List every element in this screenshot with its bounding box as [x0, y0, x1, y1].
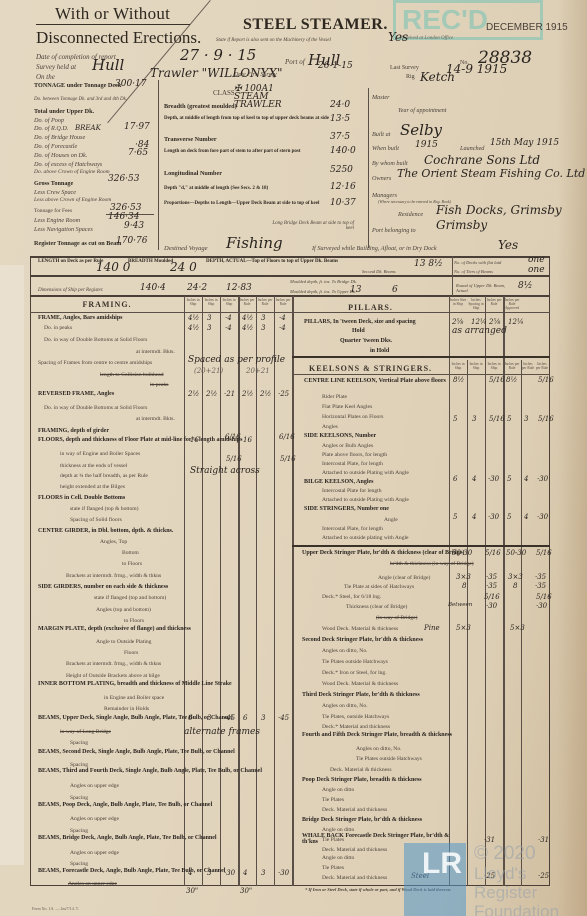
- keelson-value: 5: [507, 513, 511, 521]
- survey-held-label: Survey held at: [36, 63, 76, 71]
- stringer-row-poop: Poop Deck Stringer Plate, breadth & thic…: [302, 777, 422, 783]
- less-nav-label: Less Navigation Spaces: [34, 226, 93, 233]
- framing-straight-across: Straight across: [190, 466, 260, 476]
- stringer-row-second: Second Deck Stringer Plate, br'dth & thi…: [302, 637, 423, 643]
- framing-value: 2½: [206, 390, 217, 398]
- keelson-value: ·30: [537, 475, 548, 483]
- by-whom-value: Cochrane Sons Ltd: [424, 153, 540, 167]
- keelson-value: 5: [507, 475, 511, 483]
- stringer-row: Deck.* Iron or Steel, for lng.: [322, 670, 387, 676]
- stringer-value: Pine: [424, 624, 440, 632]
- received-stamp-teal: REC'D: [393, 0, 543, 40]
- framing-value: 2½: [260, 390, 271, 398]
- keelson-value: ·30: [488, 513, 499, 521]
- stringer-value: ·35: [486, 582, 497, 590]
- pillars-value: 12¼: [471, 318, 487, 326]
- keelsons-col-head: Inches per Rule: [521, 362, 535, 370]
- framing-row: Brackets at intermdt. frmg., width & thk…: [66, 661, 161, 667]
- framing-row-inner-bottom: INNER BOTTOM PLATING, breadth and thickn…: [38, 681, 232, 687]
- hatchways-label: Do. of excess of Hatchways: [34, 161, 102, 168]
- keelson-value: 5/16: [538, 415, 554, 423]
- band-breadth-label: BREADTH Moulded: [128, 259, 173, 264]
- breadth-label: Breadth (greatest moulded): [164, 103, 237, 110]
- register-band-divider: [452, 276, 453, 296]
- framing-row-reversed: REVERSED FRAME, Angles: [38, 391, 114, 397]
- reg-depth: 12·83: [226, 283, 252, 293]
- proportions-value: 10·37: [330, 198, 356, 208]
- built-at-label: Built at: [372, 131, 390, 138]
- stringer-row-upper-deck: Upper Deck Stringer Plate, br'dth & thic…: [302, 550, 464, 556]
- watermark-org-line2: Foundation: [474, 902, 587, 916]
- framing-row-beams-poop: BEAMS, Poop Deck, Angle, Bulb Angle, Pla…: [38, 802, 212, 808]
- stringer-row: (in way of Bridge): [376, 615, 417, 621]
- framing-title: FRAMING.: [30, 300, 184, 309]
- framing-row-floors-cell: FLOORS in Cell. Double Bottoms: [38, 495, 125, 501]
- proportions-label: Proportions—Depths to Length—Upper Deck …: [164, 201, 344, 206]
- stringer-row: Deck. Material and thickness: [322, 875, 387, 881]
- framing-col-head-6: Inches per Rule: [274, 298, 292, 306]
- stringer-row-third: Third Deck Stringer Plate, br'dth & thic…: [302, 692, 420, 698]
- master-label: Master: [372, 94, 390, 101]
- rig-label: Rig: [406, 74, 415, 80]
- gross-label: Gross Tonnage: [34, 180, 73, 187]
- keelsons-col-head: Inches per Rule: [535, 362, 549, 370]
- band-breadth-value: 24 0: [170, 260, 197, 274]
- page-edge-shadow-right: [557, 0, 587, 916]
- stringer-row: Deck. Material and thickness: [322, 807, 387, 813]
- tonnage-under-label: TONNAGE under Tonnage Deck: [34, 82, 121, 89]
- framing-value: 3: [207, 324, 211, 332]
- framing-row: depth at ¾ the half breadth, as per Rule: [60, 473, 148, 479]
- framing-value: 16: [243, 436, 252, 444]
- less-crown-label: Less above Crown of Engine Room: [34, 197, 111, 203]
- framing-row: Angles (top and bottom): [96, 607, 151, 613]
- stringer-row: Deck. Material & thickness: [330, 767, 392, 773]
- keelson-row: Angles: [322, 424, 338, 430]
- launched-label: Launched: [460, 145, 484, 152]
- keelsons-col-head: Inches in Ship: [467, 362, 485, 370]
- stringer-value: ·31: [538, 836, 549, 844]
- framing-value: 3: [261, 869, 265, 877]
- owners-value: The Orient Steam Fishing Co. Ltd: [397, 167, 585, 180]
- stringer-row: Deck.* Steel, for 6/18 lng.: [322, 594, 381, 600]
- right-col-2: [467, 360, 468, 886]
- keelson-value: ·30: [537, 513, 548, 521]
- framing-value: 4½: [242, 314, 253, 322]
- owners-label: Owners: [372, 175, 391, 182]
- keelson-value: 3: [472, 415, 476, 423]
- bridge-house-label: Do. of Bridge House: [34, 134, 85, 141]
- framing-row: Remainder in Holds: [104, 706, 149, 712]
- moulded-upper-label: Moulded depth, ft. ins. To Upper Dk.: [290, 289, 356, 294]
- residence-value: Fish Docks, Grimsby: [436, 203, 562, 217]
- pillars-bottom-rule: [292, 356, 550, 358]
- framing-value: ·25: [278, 390, 289, 398]
- pillars-col-head: Inches per Rule Approved: [503, 298, 521, 310]
- stringer-value: ·30: [486, 602, 497, 610]
- band-length-label: LENGTH on Deck as per Rule: [38, 259, 103, 264]
- framing-row: to Floors: [122, 561, 142, 567]
- framing-value: ·45: [278, 714, 289, 722]
- less-crew-label: Less Crew Space: [34, 189, 76, 196]
- last-survey-label: Last Survey: [390, 65, 419, 71]
- stringer-value: ·30: [536, 602, 547, 610]
- keelson-value: ·30: [488, 475, 499, 483]
- built-at-value: Selby: [400, 121, 442, 139]
- framing-value: 2½: [242, 390, 253, 398]
- pillars-value: 2⅝: [452, 318, 463, 326]
- keelson-row-side: SIDE KEELSONS, Number: [304, 433, 376, 439]
- framing-value: 2½: [188, 390, 199, 398]
- decks-fitted-label: No. of Decks with flat laid: [454, 260, 501, 265]
- long-bridge-label: Long Bridge Deck Beam at side to top of …: [264, 221, 354, 231]
- keelson-value: 5: [453, 513, 457, 521]
- framing-value: 4½: [188, 324, 199, 332]
- longitudinal-label: Longitudinal Number: [164, 170, 222, 177]
- header-rule: [36, 24, 190, 25]
- framing-value: 30": [240, 887, 252, 895]
- framing-row-framing: FRAMING, depth of girder: [38, 428, 109, 434]
- framing-value: (20+21): [194, 367, 223, 375]
- stringer-row: br'dth & thickness (in way of Bridge): [390, 561, 474, 567]
- framing-value: ·4: [279, 314, 286, 322]
- framing-alternate-frames: alternate frames: [184, 727, 260, 737]
- framing-row: state if flanged (top & bottom): [70, 506, 139, 512]
- rig-value: Ketch: [420, 70, 455, 84]
- framing-row-beams-bridge: BEAMS, Bridge Deck, Angle, Bulb Angle, P…: [38, 835, 217, 841]
- keelson-value: 8½: [453, 376, 464, 384]
- breadth-value: 24·0: [330, 100, 350, 110]
- keelson-value: 5: [507, 415, 511, 423]
- lr-watermark-logo: LR: [404, 843, 466, 916]
- stringer-value: 5/16: [536, 593, 552, 601]
- framing-row: Do. in way of Double Bottoms at Solid Fl…: [44, 405, 147, 411]
- keelsons-col-head: Inches per Rule: [503, 362, 521, 370]
- right-col-3: [485, 296, 486, 886]
- framing-row: Spacing of Solid floors: [70, 517, 122, 523]
- framing-col-head-1: Inches in Ship: [184, 298, 202, 306]
- framing-row: Spacing: [70, 740, 88, 746]
- last-survey-value: 14-9 1915: [446, 62, 507, 76]
- framing-value: 30": [186, 887, 198, 895]
- keelson-row: Intercostal Plate, for length: [322, 526, 383, 532]
- stringer-value: 5×3: [456, 624, 471, 632]
- houses-label: Do. of Houses on Dk.: [34, 152, 87, 159]
- rq-value: 17·97: [124, 122, 150, 132]
- pillars-row-hold: Hold: [352, 328, 365, 334]
- register-dims-label: Dimensions of Ship per Register.: [38, 288, 103, 293]
- stringer-value: 8: [513, 582, 517, 590]
- pillars-col-head: Inches per Rule: [485, 298, 503, 306]
- framing-row-floors: FLOORS, depth and thickness of Floor Pla…: [38, 437, 242, 443]
- framing-row: Bottom: [122, 550, 139, 556]
- framing-col-2: [202, 296, 203, 886]
- keelson-value: 4: [472, 513, 476, 521]
- framing-row: state if flanged (top and bottom): [94, 595, 166, 601]
- keelson-value: 4: [524, 475, 528, 483]
- round-label: Round of Upper Dk. Beam, Actual: [456, 283, 506, 293]
- framing-value: 20+21: [246, 367, 270, 375]
- keelson-row: Attached to outside plating with Angle: [322, 535, 409, 541]
- framing-row: height extended at the Bilges: [60, 484, 125, 490]
- first-survey-label: Date First Survey: [234, 72, 277, 78]
- framing-col-head-4: Inches per Rule: [238, 298, 256, 306]
- stringer-row-bridge: Bridge Deck Stringer Plate, br'dth & thi…: [302, 817, 422, 823]
- between-decks-label: Do. between Tonnage Dk. and 3rd and 4th …: [34, 97, 127, 102]
- longitudinal-value: 5250: [330, 165, 353, 175]
- stringer-row: Tie Plates: [322, 797, 344, 803]
- transverse-value: 37·5: [330, 132, 350, 142]
- class-value: ✠ 100A1 STEAM TRAWLER: [234, 85, 304, 109]
- decks-fitted-value: one: [528, 255, 545, 265]
- framing-row: Spacing: [70, 861, 88, 867]
- framing-row: Angles on upper edge: [68, 881, 117, 887]
- framing-col-head-5: Inches per Rule: [256, 298, 274, 306]
- keelson-row: Attached to outside Plating with Angle: [322, 497, 409, 503]
- second-dk-label: Second Dk. Beams: [362, 269, 396, 274]
- stringer-value: 5/16: [485, 549, 501, 557]
- framing-value: ·4: [225, 324, 232, 332]
- launched-value: 15th May 1915: [490, 138, 559, 148]
- framing-col-head-2: Inches in Ship: [202, 298, 220, 306]
- moulded-bridge-label: Moulded depth, ft. ins. To Bridge Dk.: [290, 279, 357, 284]
- stringer-value: 3×3: [508, 573, 523, 581]
- survey-held-value: Hull: [92, 56, 124, 74]
- stringer-row: Tie Plates: [322, 865, 344, 871]
- stringer-value: Between: [448, 602, 472, 608]
- framing-row: Do. in way of Double Bottoms at Solid Fl…: [44, 337, 147, 343]
- framing-col-6: [274, 296, 275, 886]
- framing-row: length to Collision bulkhead: [100, 372, 164, 378]
- watermark-org: Lloyd's Register Foundation: [474, 864, 587, 916]
- port-of-label: Port of: [285, 58, 305, 66]
- framing-row: in peaks: [150, 382, 169, 388]
- framing-value: 16: [190, 436, 199, 444]
- keelson-value: 5/16: [489, 415, 505, 423]
- framing-value: 3: [207, 714, 211, 722]
- survey-report-page: With or Without Disconnected Erections. …: [0, 0, 587, 916]
- framing-row-beams-upper: BEAMS, Upper Deck, Single Angle, Bulb An…: [38, 715, 233, 721]
- houses-value: 7·65: [128, 148, 148, 158]
- keelson-row: Intercostal Plate, for length: [322, 461, 383, 467]
- class-label: CLASS: [213, 89, 235, 97]
- date-completion-value: 27 · 9 · 15: [180, 46, 256, 64]
- when-built-value: 1915: [415, 140, 438, 150]
- keelson-row: Plate above floors, for length: [322, 452, 387, 458]
- keelson-value: 4: [524, 513, 528, 521]
- ownership-divider: [368, 88, 369, 248]
- rq-note: BREAK: [75, 124, 101, 132]
- form-number: Form No. 1A. — 2m/7/14. T.: [32, 906, 79, 911]
- length-value: 140·0: [330, 146, 356, 156]
- stringer-value: 50-30: [506, 549, 526, 557]
- keelson-value: 5: [453, 415, 457, 423]
- stringer-row: Deck. Material and thickness: [322, 847, 387, 853]
- stringer-row: Wood Deck. Material & thickness: [322, 681, 398, 687]
- framing-row-beams-third: BEAMS, Third and Fourth Deck, Single Ang…: [38, 768, 262, 774]
- right-col-4: [503, 296, 505, 886]
- total-upper-label: Total under Upper Dk.: [34, 108, 94, 115]
- framing-row: Floors: [124, 650, 138, 656]
- framing-value: 5/16: [226, 455, 242, 463]
- stringer-row: Deck.* Material and thickness: [322, 724, 390, 730]
- framing-row: Angles on upper edge: [70, 850, 119, 856]
- framing-value: 3: [207, 869, 211, 877]
- transverse-label: Transverse Number: [164, 136, 217, 143]
- stringer-row: Tie Plates outside Hatchways: [322, 659, 388, 665]
- right-col-1: [449, 296, 450, 886]
- construction-table: [30, 296, 550, 886]
- framing-value: 3: [261, 314, 265, 322]
- year-appointment-label: Year of appointment: [398, 108, 446, 114]
- surveyed-building-label: If Surveyed while Building, Afloat, or i…: [312, 245, 437, 252]
- rq-label: Do. of R.Q.D.: [34, 125, 68, 132]
- port-belonging-label: Port belonging to: [372, 227, 416, 234]
- watermark-copyright: © 2020: [474, 843, 536, 865]
- pillars-col-head: Inches Size in Ship: [449, 298, 467, 306]
- framing-row-side-girders: SIDE GIRDERS, number on each side & thic…: [38, 584, 168, 590]
- keelson-row: Rider Plate: [322, 394, 347, 400]
- pillars-title: PILLARS.: [292, 303, 449, 312]
- framing-row: Spacing: [70, 828, 88, 834]
- stringer-row: Tie Plates, outside Hatchways: [322, 714, 389, 720]
- band-depth-value: 13 8½: [414, 259, 443, 269]
- pillars-col-head: Inches Spacing in Ship: [467, 298, 485, 310]
- moulded-upper-in: 6: [392, 285, 398, 295]
- keelson-value: 5/16: [489, 376, 505, 384]
- framing-row: thickness at the ends of vessel: [60, 463, 127, 469]
- framing-col-1: [184, 296, 185, 886]
- framing-col-4: [238, 296, 240, 886]
- keelson-value: 5/16: [538, 376, 554, 384]
- on-the-label: On the: [36, 73, 55, 81]
- pillars-row-in-hold: in Hold: [370, 348, 389, 354]
- machinery-value: Yes: [388, 30, 408, 44]
- keelson-row-bilge: BILGE KEELSON, Angles: [304, 479, 374, 485]
- received-stamp-date: DECEMBER 1915: [486, 22, 568, 33]
- stringer-value: ·35: [535, 582, 546, 590]
- gross-value: 326·53: [108, 174, 140, 184]
- keelson-row: Horizontal Plates on Floors: [322, 414, 383, 420]
- stringer-value: 8: [462, 582, 466, 590]
- stringer-value: ·35: [486, 573, 497, 581]
- framing-value: 4: [243, 869, 247, 877]
- framing-row-margin-plate: MARGIN PLATE, depth (exclusive of flange…: [38, 626, 191, 632]
- framing-col-3: [220, 296, 221, 886]
- header-title-line1: With or Without: [55, 4, 170, 24]
- framing-value: ·4: [279, 324, 286, 332]
- framing-row-frame: FRAME, Angles, Bars amidships: [38, 315, 123, 321]
- framing-pillars-divider: [292, 296, 294, 886]
- pillars-value: 2⅝: [489, 318, 500, 326]
- depth-value: 13·5: [330, 114, 350, 124]
- framing-value: ·30: [278, 869, 289, 877]
- port-belonging-value: Grimsby: [436, 218, 487, 232]
- framing-value: 5/16: [280, 455, 296, 463]
- framing-row: at intermdt. Bkts.: [136, 349, 175, 355]
- framing-row: Angles on upper edge: [70, 816, 119, 822]
- keelson-row: Flat Plate Keel Angles: [322, 404, 372, 410]
- stringer-value: 5/16: [484, 593, 500, 601]
- stringer-row: Angle (clear of Bridge): [378, 575, 430, 581]
- band-length-value: 140 0: [96, 260, 130, 274]
- pillars-value: 12¼: [508, 318, 524, 326]
- keelsons-col-head: Inches in Ship: [449, 362, 467, 370]
- framing-row-beams-forecastle: BEAMS, Forecastle Deck, Angle, Bulb Angl…: [38, 868, 225, 874]
- stringer-value: 5×3: [510, 624, 525, 632]
- less-nav-value: 9·43: [124, 221, 144, 231]
- tiers-value: one: [528, 265, 545, 275]
- keelson-row: Angles or Bulb Angles: [322, 443, 373, 449]
- register-tonnage-label: Register Tonnage as cut on Beam: [34, 240, 121, 247]
- stringer-row: Tie Plate at sides of Hatchways: [344, 584, 414, 590]
- stringer-row: Angles on ditto, No.: [322, 648, 368, 654]
- stringer-row: Tie Plates outside Hatchways: [356, 756, 422, 762]
- framing-value: 6: [243, 714, 247, 722]
- stringer-row: Thickness (clear of Bridge): [346, 604, 407, 610]
- reg-breadth: 24·2: [187, 283, 207, 293]
- first-survey-date: 26-1-15: [318, 61, 353, 71]
- round-value: 8½: [518, 281, 532, 291]
- framing-value: ·21: [224, 390, 235, 398]
- framing-row: to Floors: [124, 618, 144, 624]
- pillars-row-quarter: Quarter 'tween Dks.: [340, 338, 392, 344]
- length-label: Length on deck from fore part of stem to…: [164, 149, 344, 154]
- stringer-value: 50-30: [452, 549, 472, 557]
- destined-voyage-label: Destined Voyage: [164, 245, 208, 252]
- moulded-upper-ft: 13: [350, 285, 361, 295]
- framing-row: Angle to Outside Plating: [96, 639, 151, 645]
- keelson-row-centre: CENTRE LINE KEELSON, Vertical Plate abov…: [304, 378, 446, 384]
- stringer-value: 3×3: [456, 573, 471, 581]
- form-title: STEEL STEAMER.: [243, 16, 388, 34]
- stringers-top-rule: [292, 545, 550, 547]
- header-rule-line: [30, 312, 550, 313]
- framing-row: in Engine and Boiler space: [104, 695, 164, 701]
- framing-spacing-value: Spaced as per profile: [188, 355, 285, 365]
- stringer-row: Angle on ditto: [322, 855, 354, 861]
- stringer-row: Angles on ditto, No.: [322, 703, 368, 709]
- depth-d-value: 12·16: [330, 182, 356, 192]
- when-built-label: When built: [372, 145, 399, 152]
- stringer-row-fourth-fifth: Fourth and Fifth Deck Stringer Plate, br…: [302, 732, 452, 738]
- register-tonnage-value: 170·76: [116, 236, 148, 246]
- keelsons-title: KEELSONS & STRINGERS.: [292, 364, 449, 373]
- framing-value: 6: [188, 714, 192, 722]
- framing-value: 4½: [242, 324, 253, 332]
- band-divider: [452, 256, 453, 276]
- keelson-row-side-stringers: SIDE STRINGERS, Number one: [304, 506, 389, 512]
- framing-row-peaks: Do. in peaks: [44, 325, 72, 331]
- destined-voyage-value: Fishing: [226, 234, 283, 252]
- keelson-value: 3: [524, 415, 528, 423]
- band-depth-label: DEPTH, ACTUAL—Top of Floors to top of Up…: [206, 259, 338, 264]
- framing-row-spacing: Spacing of Frames from centre to centre …: [38, 360, 152, 366]
- tonnage-divider: [158, 80, 159, 250]
- framing-value: 3: [261, 714, 265, 722]
- depth-label: Depth, at middle of length from top of k…: [164, 116, 344, 121]
- lr-logo-letters: LR: [422, 847, 462, 881]
- managers-label: Managers: [372, 192, 397, 199]
- right-col-5: [521, 360, 522, 886]
- machinery-label: State if Report is also sent on the Mach…: [216, 38, 331, 43]
- reg-length: 140·4: [140, 283, 166, 293]
- residence-label: Residence: [398, 211, 423, 218]
- framing-row-centre-girder: CENTRE GIRDER, in Dbl. bottom, dpth. & t…: [38, 528, 173, 534]
- keelson-row: Intercostal Plate for length: [322, 488, 382, 494]
- stringer-value: 5/16: [536, 549, 552, 557]
- framing-row: Spacing: [70, 795, 88, 801]
